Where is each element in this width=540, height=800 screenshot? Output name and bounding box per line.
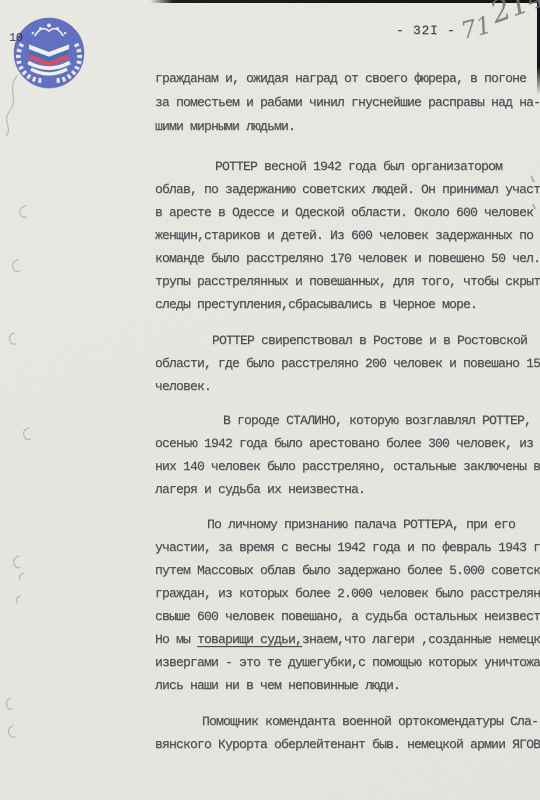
typewritten-line: РОТТЕР весной 1942 года был организаторо… bbox=[155, 155, 540, 178]
typewritten-line: По личному признанию палача РОТТЕРА, при… bbox=[155, 513, 540, 536]
underlined-phrase: товарищи судьи, bbox=[197, 632, 302, 647]
typewritten-line: путем Массовых облав было задержано боле… bbox=[155, 559, 540, 582]
typewritten-line: участии, за время с весны 1942 года и по… bbox=[155, 536, 540, 559]
typewritten-line: осенью 1942 года было арестовано более 3… bbox=[155, 432, 540, 455]
typewritten-line: них 140 человек было расстреляно, осталь… bbox=[155, 455, 540, 478]
typewritten-line: вянского Курорта оберлейтенант быв. неме… bbox=[155, 733, 540, 756]
typewritten-line: облав, по задержанию советских людей. Он… bbox=[155, 178, 540, 201]
handwritten-folio-number: 71 bbox=[458, 11, 494, 46]
paragraph: Помощник коменданта военной ортокомендат… bbox=[155, 710, 540, 756]
scan-edge-top bbox=[150, 0, 540, 3]
typewritten-line: свыше 600 человек повешано, а судьба ост… bbox=[155, 605, 540, 628]
line-segment: знаем,что лагери ,созданные немецки bbox=[302, 632, 540, 647]
paragraph: гражданам и, ожидая наград от своего фюр… bbox=[155, 67, 540, 139]
typewritten-line: извергами - это те душегубки,с помощью к… bbox=[155, 651, 540, 674]
typewritten-line: лись наши ни в чем неповинные люди. bbox=[155, 674, 540, 697]
typewritten-line: лагеря и судьба их неизвестна. bbox=[155, 478, 540, 501]
typewritten-line: команде было расстреляно 170 человек и п… bbox=[155, 247, 540, 270]
paragraph: РОТТЕР свирепствовал в Ростове и в Росто… bbox=[155, 329, 540, 398]
typewritten-line: трупы расстрелянных и повешанных, для то… bbox=[155, 270, 540, 293]
typewritten-line: РОТТЕР свирепствовал в Ростове и в Росто… bbox=[155, 329, 540, 352]
document-scan-page: - 32I - 214 71 10 гражданам и, ожи bbox=[0, 0, 540, 800]
emblem-stamp-icon bbox=[11, 15, 87, 91]
typewritten-line: следы преступления,сбрасывались в Черное… bbox=[155, 293, 540, 316]
typewritten-line: Помощник коменданта военной ортокомендат… bbox=[155, 710, 540, 733]
paragraph: По личному признанию палача РОТТЕРА, при… bbox=[155, 513, 540, 697]
typewritten-line: В городе СТАЛИНО, которую возглавлял РОТ… bbox=[155, 409, 540, 432]
typewritten-line: за поместьем и рабами чинил гнуснейшие р… bbox=[155, 91, 540, 115]
typewritten-line-with-underline: Но мы товарищи судьи,знаем,что лагери ,с… bbox=[155, 628, 540, 651]
sheet-number-under-stamp: 10 bbox=[9, 31, 22, 45]
line-segment: Но мы bbox=[155, 632, 197, 647]
typed-page-number: - 32I - bbox=[396, 23, 456, 38]
typewritten-line: гражданам и, ожидая наград от своего фюр… bbox=[155, 67, 540, 91]
handwritten-page-number: 214 bbox=[486, 0, 540, 31]
typewritten-line: шими мирными людьми. bbox=[155, 115, 540, 139]
typewritten-line: области, где было расстреляно 200 челове… bbox=[155, 352, 540, 375]
typewritten-line: женщин,стариков и детей. Из 600 человек … bbox=[155, 224, 540, 247]
typewritten-line: человек. bbox=[155, 375, 540, 398]
paragraph: РОТТЕР весной 1942 года был организаторо… bbox=[155, 155, 540, 316]
paragraph: В городе СТАЛИНО, которую возглавлял РОТ… bbox=[155, 409, 540, 501]
typewritten-line: граждан, из которых более 2.000 человек … bbox=[155, 582, 540, 605]
typewritten-line: в аресте в Одессе и Одеской области. Око… bbox=[155, 201, 540, 224]
